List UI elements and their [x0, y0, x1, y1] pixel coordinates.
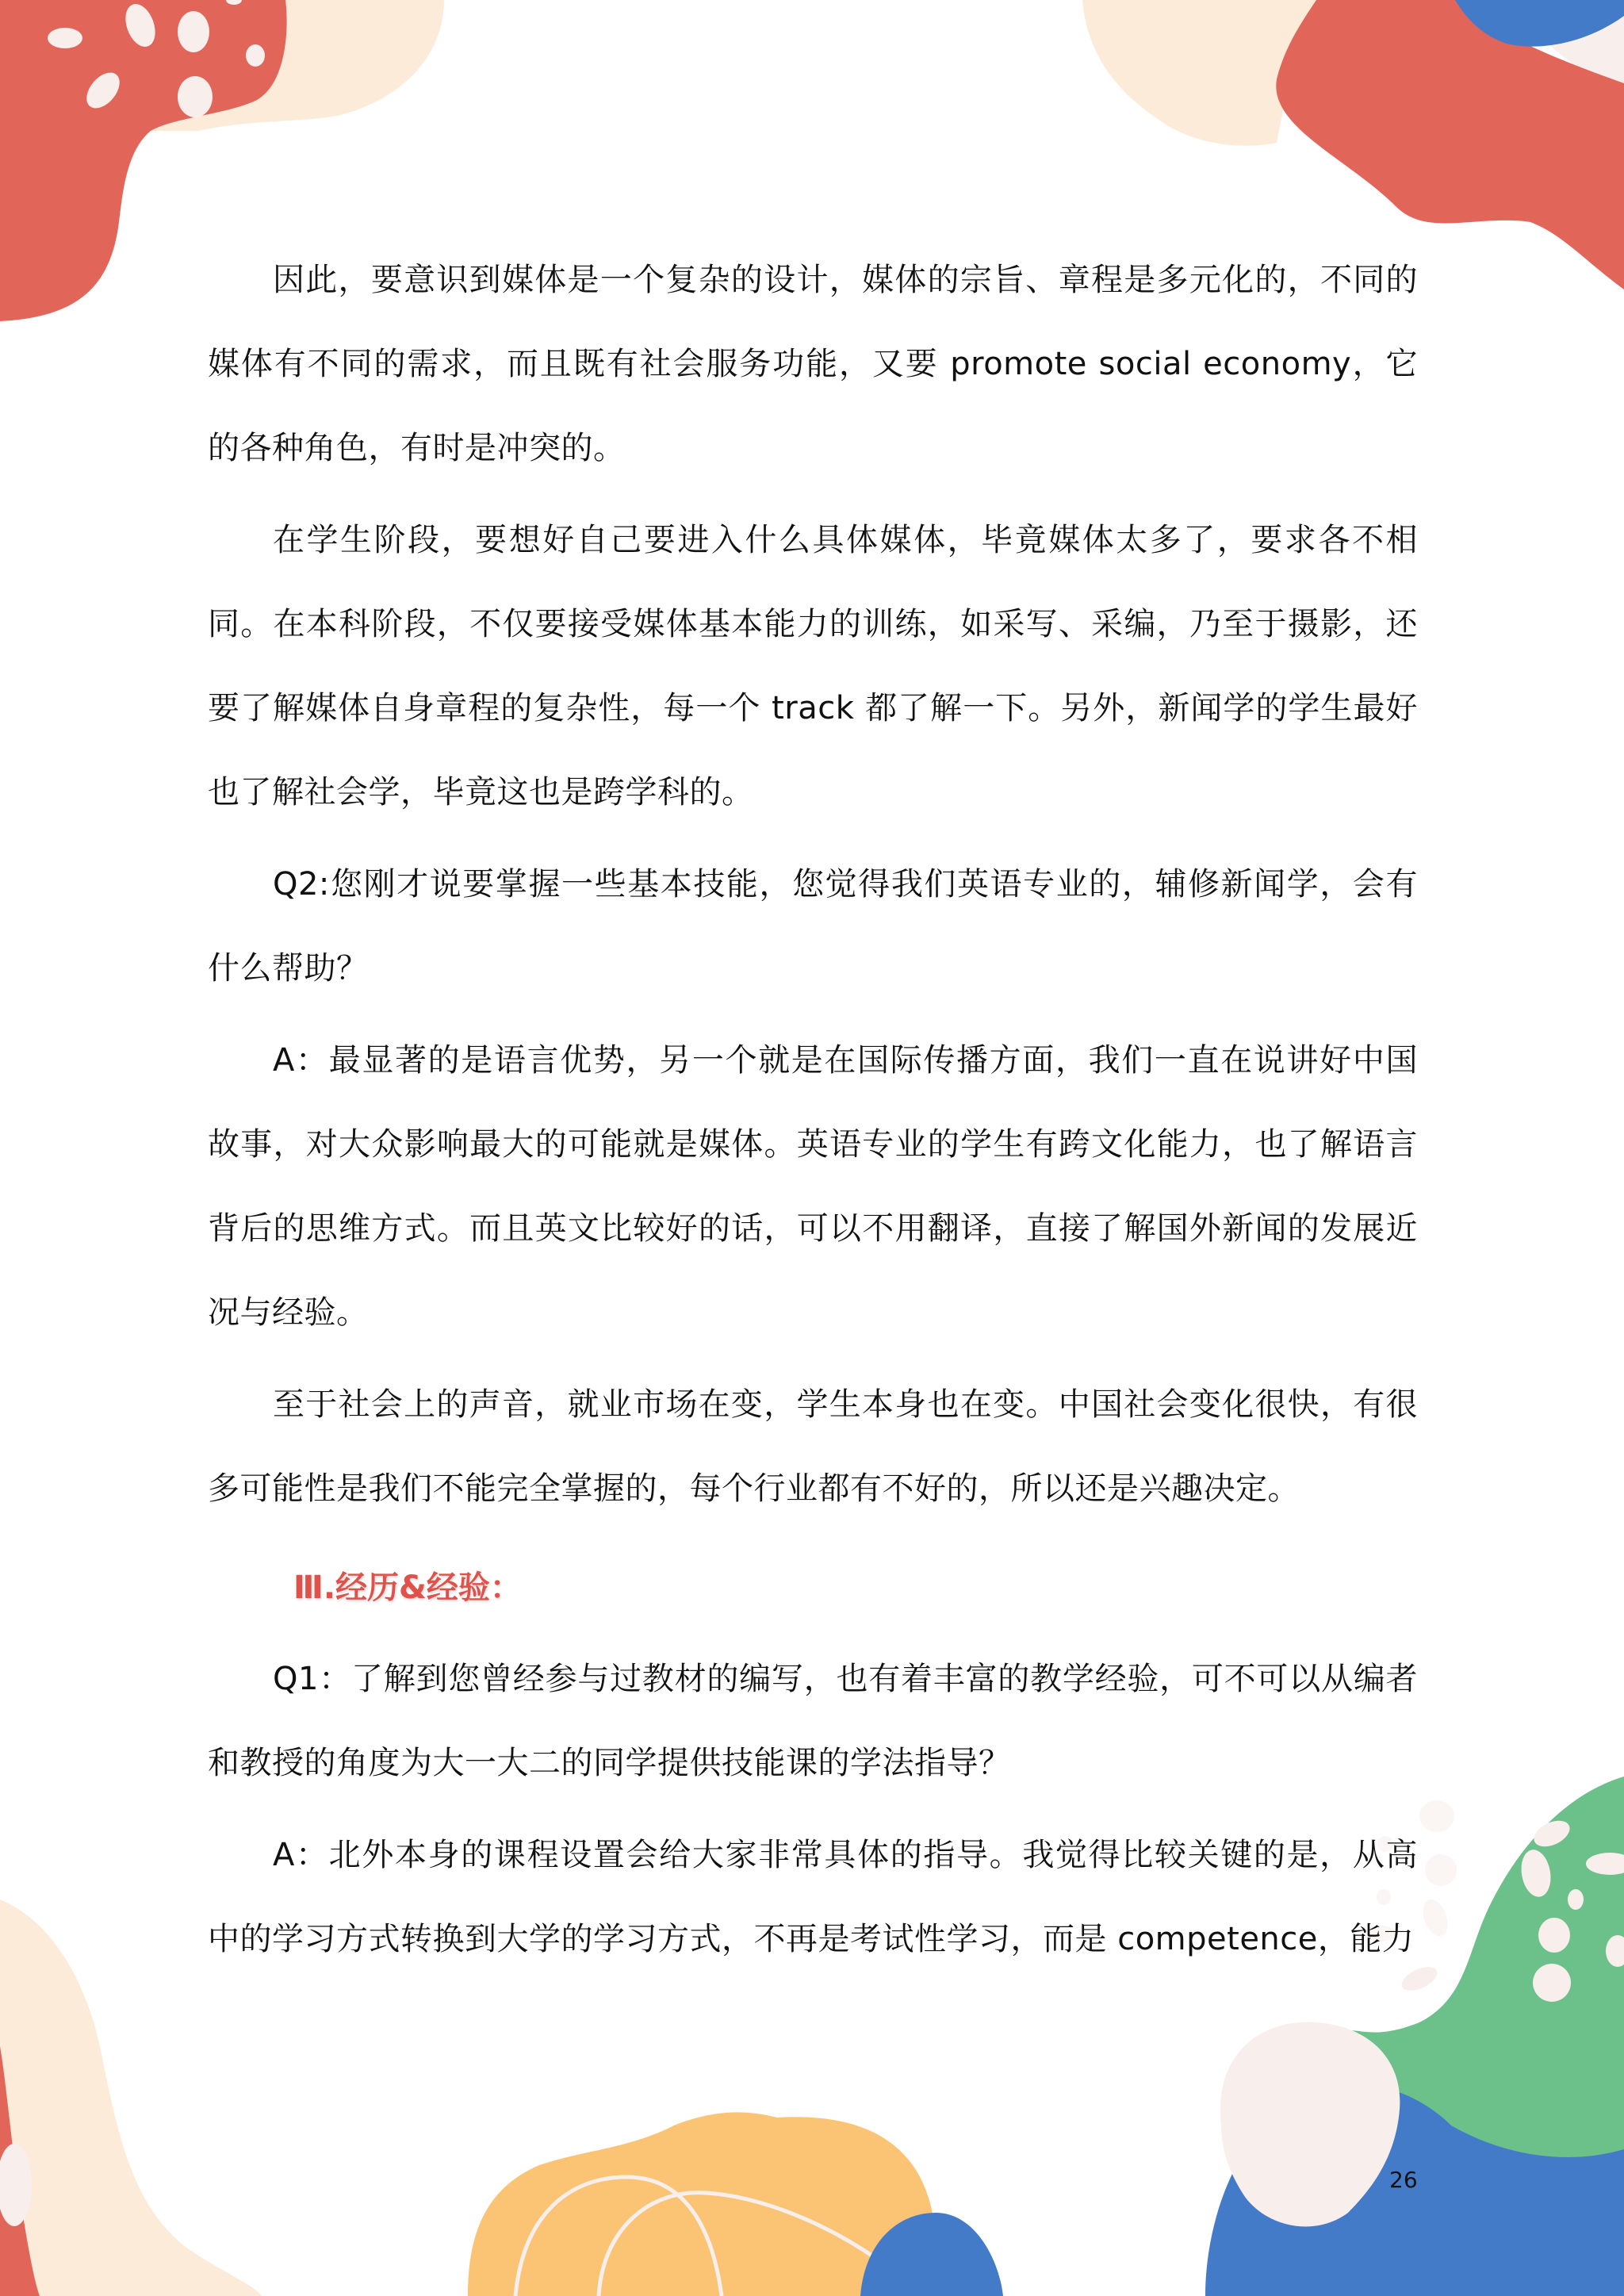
document-body: 因此，要意识到媒体是一个复杂的设计，媒体的宗旨、章程是多元化的，不同的媒体有不同… — [208, 238, 1418, 1989]
paragraph-media-design: 因此，要意识到媒体是一个复杂的设计，媒体的宗旨、章程是多元化的，不同的媒体有不同… — [208, 238, 1418, 490]
page-number: 26 — [1389, 2167, 1418, 2193]
orange-blob-bottom-center-shape — [468, 2112, 936, 2296]
section-heading-experience: Ⅲ.经历&经验： — [293, 1559, 1418, 1616]
question-q2: Q2:您刚才说要掌握一些基本技能，您觉得我们英语专业的，辅修新闻学，会有什么帮助… — [208, 842, 1418, 1010]
paragraph-social-voice: 至于社会上的声音，就业市场在变，学生本身也在变。中国社会变化很快，有很多可能性是… — [208, 1363, 1418, 1531]
answer-q1: A：北外本身的课程设置会给大家非常具体的指导。我觉得比较关键的是，从高中的学习方… — [208, 1813, 1418, 1981]
answer-q2: A：最显著的是语言优势，另一个就是在国际传播方面，我们一直在说讲好中国故事，对大… — [208, 1018, 1418, 1355]
paragraph-student-stage: 在学生阶段，要想好自己要进入什么具体媒体，毕竟媒体太多了，要求各不相同。在本科阶… — [208, 498, 1418, 834]
question-q1: Q1：了解到您曾经参与过教材的编写，也有着丰富的教学经验，可不可以从编者和教授的… — [208, 1637, 1418, 1805]
